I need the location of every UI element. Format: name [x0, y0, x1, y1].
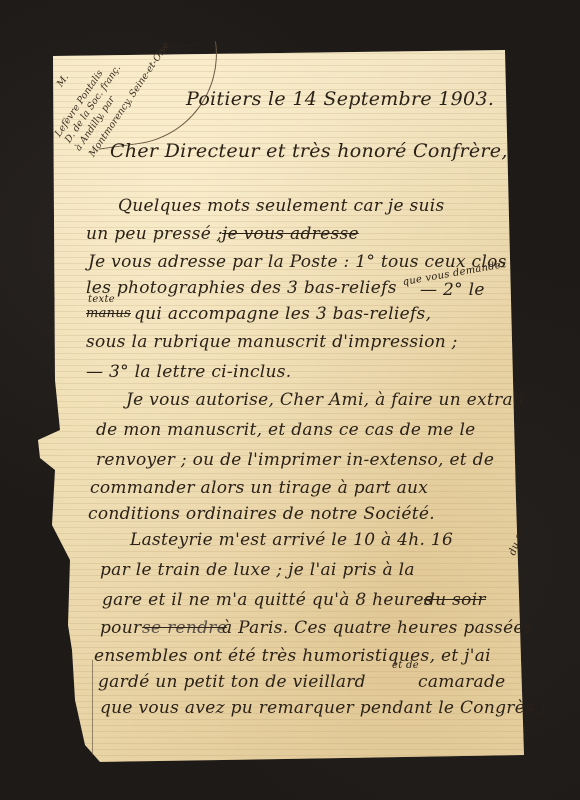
- body-line-15: gare et il ne m'a quitté qu'à 8 heures: [102, 590, 433, 610]
- margin-line: [92, 660, 93, 755]
- body-line-7: — 3° la lettre ci-inclus.: [86, 362, 291, 382]
- body-line-4b: — 2° le: [420, 280, 485, 300]
- body-line-11: commander alors un tirage à part aux: [90, 478, 428, 498]
- body-line-17: ensembles ont été très humoristiques, et…: [94, 646, 491, 666]
- body-line-8: Je vous autorise, Cher Ami, à faire un e…: [126, 390, 526, 410]
- body-line-18a: gardé un petit ton de vieillard: [98, 672, 366, 692]
- body-line-1: Quelques mots seulement car je suis: [118, 196, 445, 216]
- body-line-6: sous la rubrique manuscrit d'impression …: [86, 332, 458, 352]
- interlinear-note-3: et de: [392, 660, 419, 671]
- body-line-16-struck: se rendre: [142, 618, 227, 638]
- body-line-16b: à Paris. Ces quatre heures passées: [222, 618, 533, 638]
- body-line-19: que vous avez pu remarquer pendant le Co…: [100, 698, 546, 718]
- body-line-5: qui accompagne les 3 bas-reliefs,: [134, 304, 431, 324]
- body-line-5-struck: manus: [86, 306, 131, 321]
- body-line-9: de mon manuscrit, et dans ce cas de me l…: [96, 420, 476, 440]
- body-line-2b-struck: je vous adresse: [222, 224, 359, 244]
- dateline: Poitiers le 14 Septembre 1903.: [186, 88, 494, 110]
- body-line-14: par le train de luxe ; je l'ai pris à la: [100, 560, 415, 580]
- body-line-12: conditions ordinaires de notre Société.: [88, 504, 435, 524]
- body-line-2a: un peu pressé ;: [86, 224, 223, 244]
- body-line-4a: les photographies des 3 bas-reliefs: [86, 278, 397, 298]
- body-line-15-struck: du soir: [424, 590, 486, 610]
- body-line-13: Lasteyrie m'est arrivé le 10 à 4h. 16: [130, 530, 453, 550]
- body-line-10: renvoyer ; ou de l'imprimer in-extenso, …: [96, 450, 494, 470]
- body-line-16a: pour: [100, 618, 141, 638]
- body-line-18b: camarade: [418, 672, 506, 692]
- salutation: Cher Directeur et très honoré Confrère,: [110, 140, 508, 162]
- interlinear-correction-1: texte: [88, 294, 115, 305]
